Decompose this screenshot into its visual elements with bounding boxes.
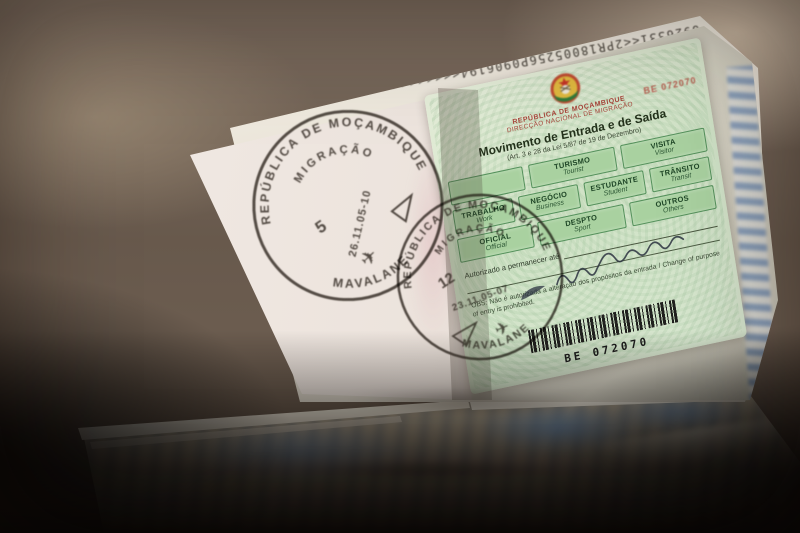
mozambique-coat-of-arms-icon (545, 68, 586, 109)
svg-text:5: 5 (312, 216, 330, 237)
passport-photo-scene: 6926331<<2PR18005256P0906194<<<<<<<< BE … (0, 0, 800, 533)
contact-shadow (290, 386, 650, 418)
